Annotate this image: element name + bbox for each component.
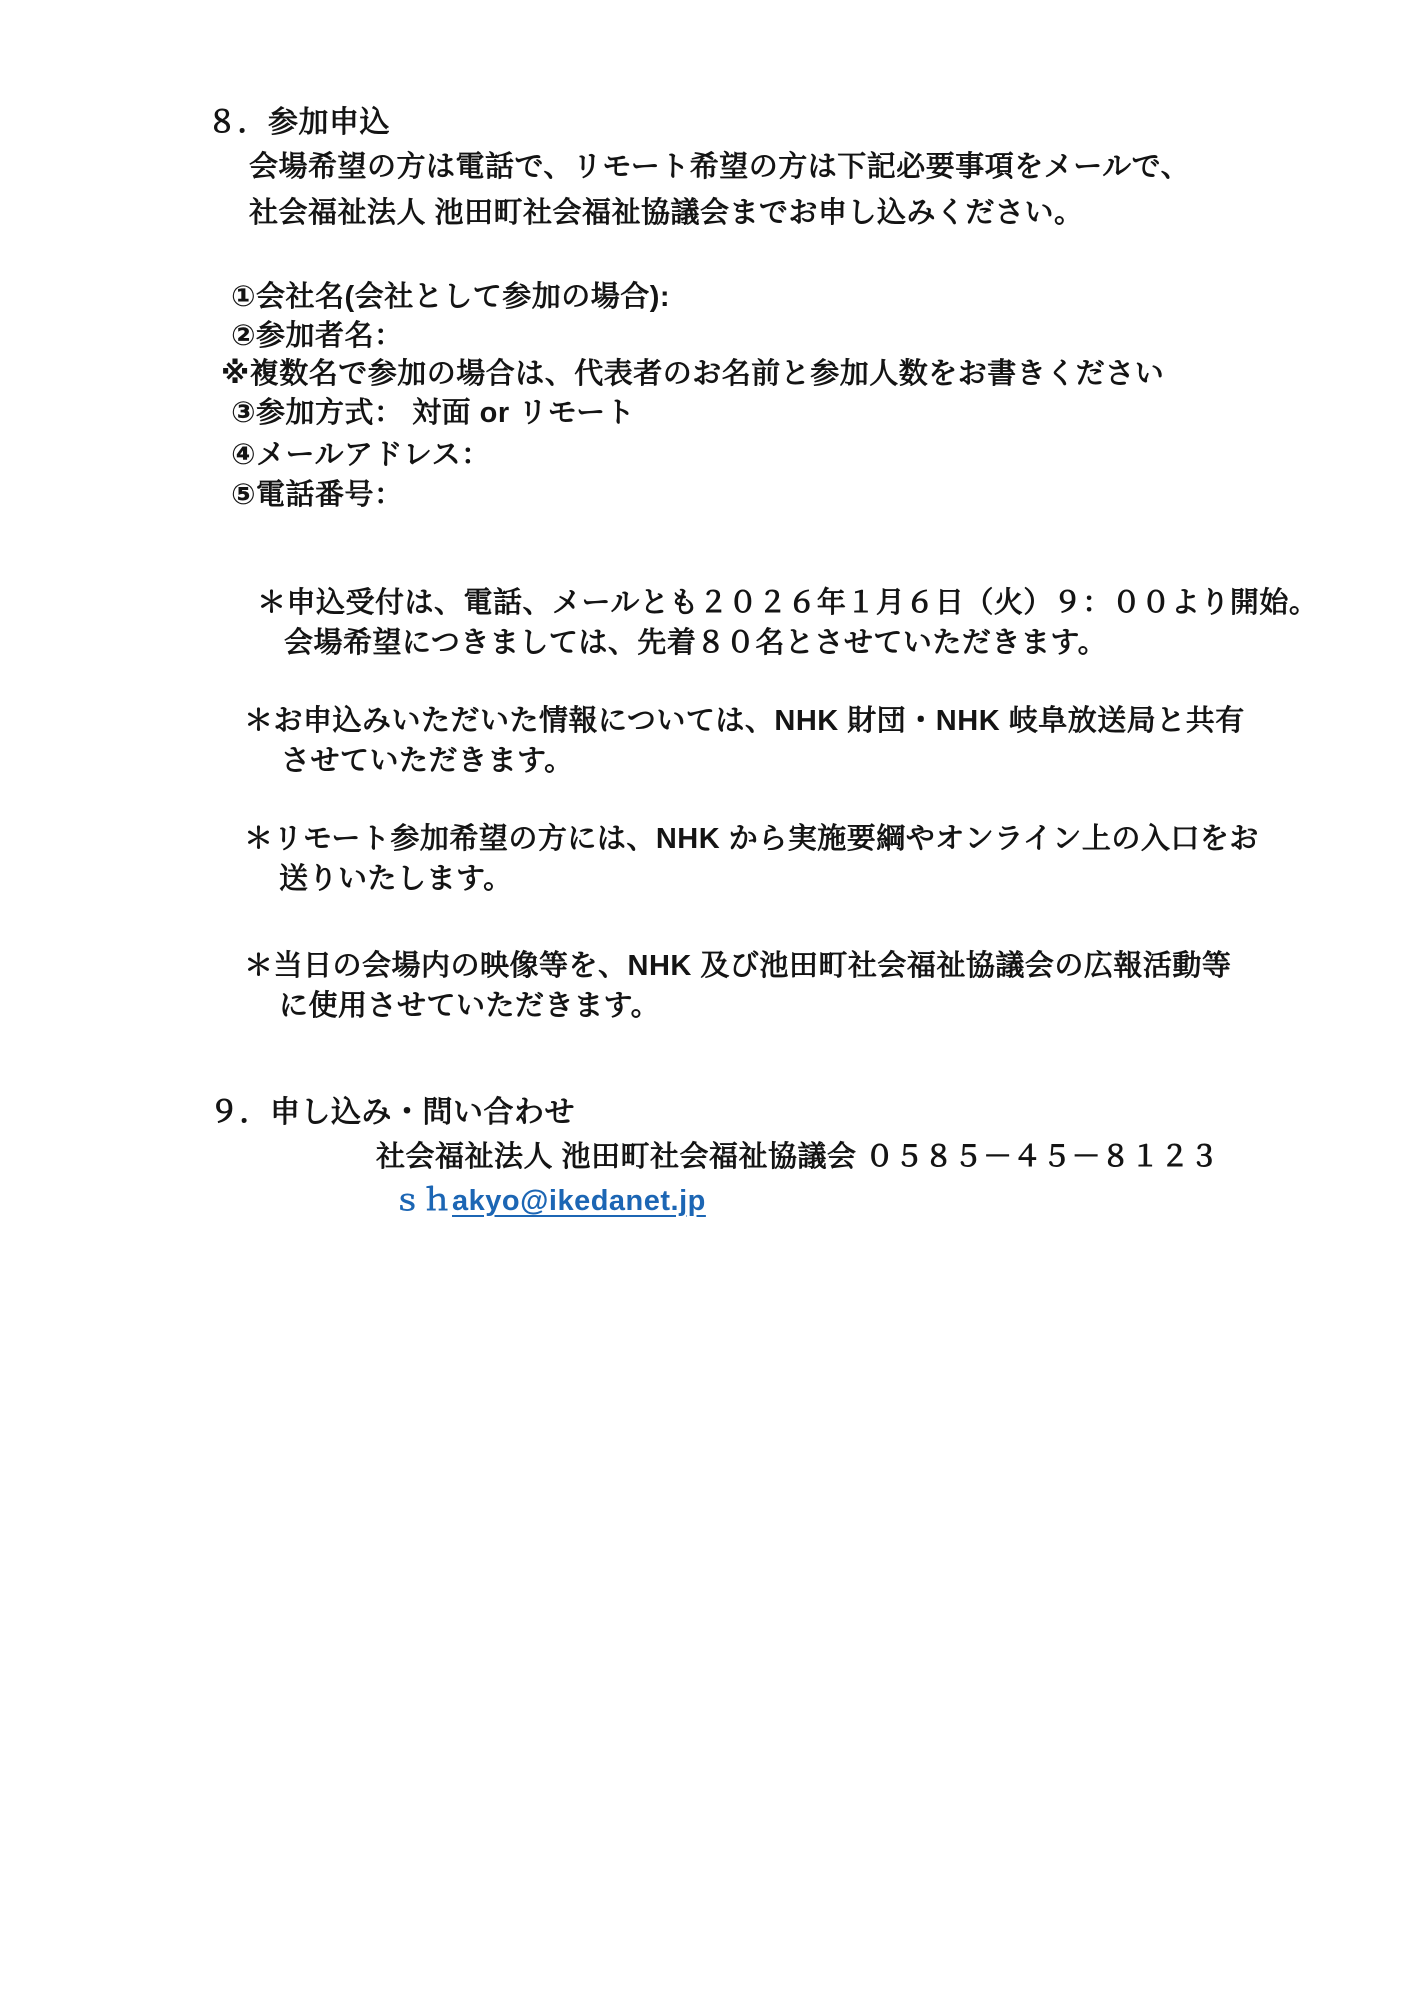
note-footage-line-1: ＊当日の会場内の映像等を、NHK 及び池田町社会福祉協議会の広報活動等 [244, 948, 1231, 984]
email-address: akyo@ikedanet.jp [452, 1185, 706, 1217]
note-reception-line-2: 会場希望につきましては、先着８０名とさせていただきます。 [284, 625, 1107, 661]
note-remote-line-1: ＊リモート参加希望の方には、NHK から実施要綱やオンライン上の入口をお [244, 821, 1259, 857]
field-participation-type: ③参加方式： 対面 or リモート [231, 395, 635, 431]
note-footage-line-2: に使用させていただきます。 [279, 988, 660, 1024]
note-remote-line-2: 送りいたします。 [279, 861, 513, 897]
email-link[interactable]: ｓｈakyo@ikedanet.jp [393, 1183, 706, 1219]
field-email-address: ④メールアドレス： [231, 437, 491, 473]
field-phone-number: ⑤電話番号： [231, 477, 404, 513]
note-sharing-line-2: させていただきます。 [281, 743, 574, 779]
contact-phone-line: 社会福祉法人 池田町社会福祉協議会 ０５８５－４５－８１２３ [376, 1139, 1219, 1175]
intro-line-1: 会場希望の方は電話で、リモート希望の方は下記必要事項をメールで、 [249, 149, 1190, 185]
field-note-multiple: ※複数名で参加の場合は、代表者のお名前と参加人数をお書きください [221, 356, 1164, 392]
section-8-heading: ８．参加申込 [207, 104, 390, 142]
field-company-name: ①会社名(会社として参加の場合): [231, 279, 670, 315]
intro-line-2: 社会福祉法人 池田町社会福祉協議会までお申し込みください。 [249, 195, 1084, 231]
note-reception-line-1: ＊申込受付は、電話、メールとも２０２６年１月６日（火）９：００より開始。 [257, 585, 1318, 621]
section-9-heading: ９．申し込み・問い合わせ [209, 1094, 575, 1132]
note-sharing-line-1: ＊お申込みいただいた情報については、NHK 財団・NHK 岐阜放送局と共有 [244, 703, 1245, 739]
email-prefix: ｓｈ [393, 1185, 452, 1217]
field-participant-name: ②参加者名： [231, 318, 404, 354]
document-page: ８．参加申込 会場希望の方は電話で、リモート希望の方は下記必要事項をメールで、 … [0, 0, 1414, 2000]
